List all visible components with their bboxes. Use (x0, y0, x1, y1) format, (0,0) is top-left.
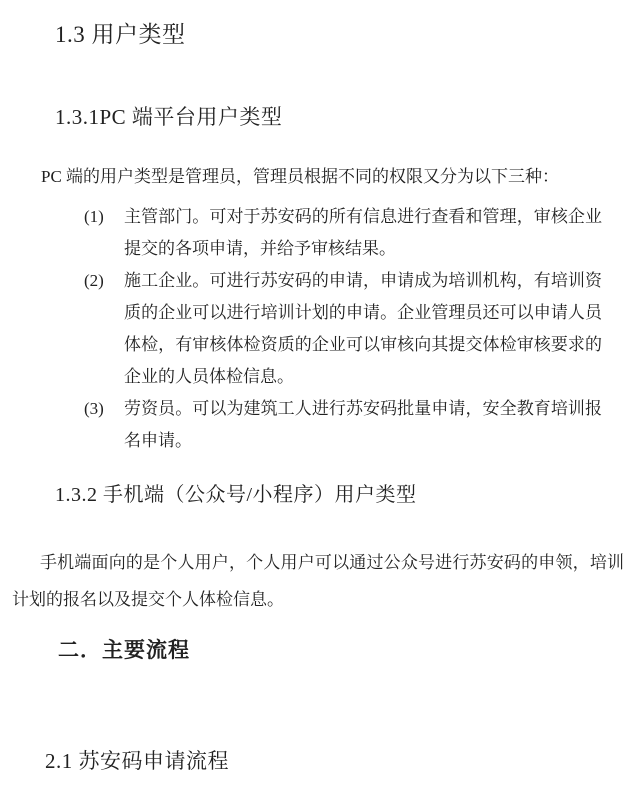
list-item-text: 主管部门。可对于苏安码的所有信息进行查看和管理，审核企业提交的各项申请，并给予审… (124, 201, 602, 265)
list-item-text: 劳资员。可以为建筑工人进行苏安码批量申请，安全教育培训报名申请。 (124, 393, 602, 457)
list-item-marker: (3) (84, 393, 124, 425)
heading-section-2-1: 2.1 苏安码申请流程 (45, 745, 229, 775)
paragraph-mobile-user-types: 手机端面向的是个人用户，个人用户可以通过公众号进行苏安码的申领，培训计划的报名以… (12, 544, 624, 618)
user-type-list: (1) 主管部门。可对于苏安码的所有信息进行查看和管理，审核企业提交的各项申请，… (84, 201, 604, 457)
list-item: (2) 施工企业。可进行苏安码的申请，申请成为培训机构，有培训资质的企业可以进行… (84, 265, 604, 393)
list-item: (3) 劳资员。可以为建筑工人进行苏安码批量申请，安全教育培训报名申请。 (84, 393, 604, 457)
heading-section-2: 二．主要流程 (58, 634, 190, 664)
list-item-marker: (2) (84, 265, 124, 297)
list-item-marker: (1) (84, 201, 124, 233)
paragraph-pc-user-types-intro: PC 端的用户类型是管理员，管理员根据不同的权限又分为以下三种： (41, 165, 559, 189)
document-page: 1.3 用户类型 1.3.1PC 端平台用户类型 PC 端的用户类型是管理员，管… (0, 0, 640, 791)
heading-section-1-3-2: 1.3.2 手机端（公众号/小程序）用户类型 (55, 478, 417, 507)
list-item: (1) 主管部门。可对于苏安码的所有信息进行查看和管理，审核企业提交的各项申请，… (84, 201, 604, 265)
heading-section-1-3: 1.3 用户类型 (55, 16, 186, 49)
list-item-text: 施工企业。可进行苏安码的申请，申请成为培训机构，有培训资质的企业可以进行培训计划… (124, 265, 602, 393)
heading-section-1-3-1: 1.3.1PC 端平台用户类型 (55, 101, 282, 131)
